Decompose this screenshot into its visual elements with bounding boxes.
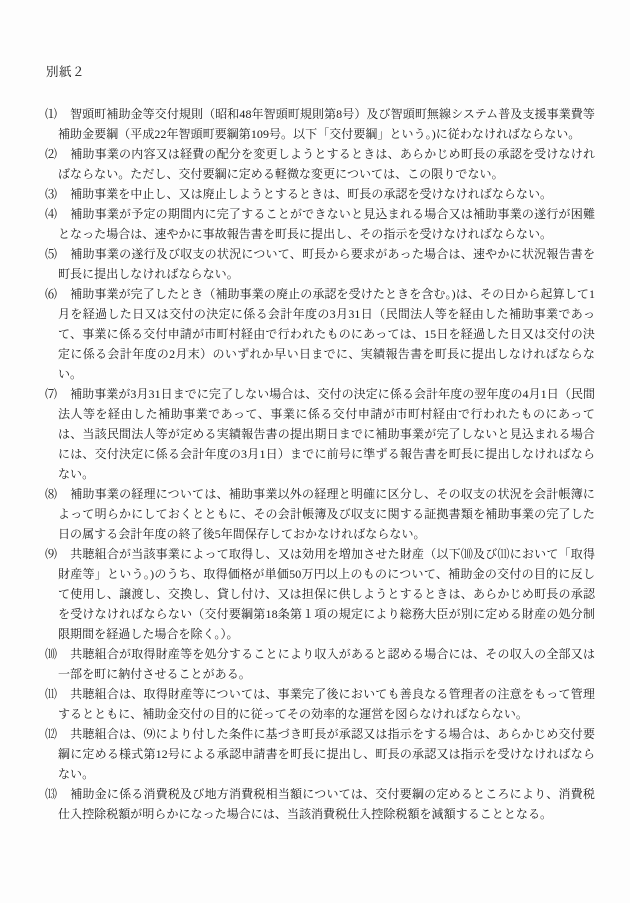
clause-text: 共聴組合が当該事業によって取得し、又は効用を増加させた財産（以下⑽及び⑾において… [58,547,595,641]
clause-text: 補助事業の内容又は経費の配分を変更しようとするときは、あらかじめ町長の承認を受け… [58,147,595,181]
clause-number: ⑹ [45,287,57,301]
clause-text: 共聴組合は、⑼により付した条件に基づき町長が承認又は指示をする場合は、あらかじめ… [58,727,595,781]
clause-item: ⑴智頭町補助金等交付規則（昭和48年智頭町規則第8号）及び智頭町無線システム普及… [45,104,595,144]
clause-number: ⑺ [45,387,57,401]
clause-item: ⑷補助事業が予定の期間内に完了することができないと見込まれる場合又は補助事業の遂… [45,204,595,244]
clause-text: 補助事業の経理については、補助事業以外の経理と明確に区分し、その収支の状況を会計… [58,487,595,541]
clause-number: ⑿ [45,727,57,741]
clause-number: ⑼ [45,547,57,561]
clause-number: ⑾ [45,687,57,701]
clause-number: ⑻ [45,487,57,501]
clause-text: 補助事業が3月31日までに完了しない場合は、交付の決定に係る会計年度の翌年度の4… [58,387,595,481]
clause-text: 共聴組合は、取得財産等については、事業完了後においても善良なる管理者の注意をもっ… [58,687,595,721]
clause-item: ⑶補助事業を中止し、又は廃止しようとするときは、町長の承認を受けなければならない… [45,184,595,204]
clause-item: ⑹補助事業が完了したとき（補助事業の廃止の承認を受けたときを含む。)は、その日か… [45,284,595,384]
clause-number: ⑵ [45,147,57,161]
clause-text: 補助金に係る消費税及び地方消費税相当額については、交付要綱の定めるところにより、… [58,787,595,821]
clause-item: ⑾共聴組合は、取得財産等については、事業完了後においても善良なる管理者の注意をも… [45,684,595,724]
attachment-label: 別紙２ [46,62,595,82]
clause-number: ⑶ [45,187,57,201]
clause-text: 智頭町補助金等交付規則（昭和48年智頭町規則第8号）及び智頭町無線システム普及支… [58,107,595,141]
clause-list: ⑴智頭町補助金等交付規則（昭和48年智頭町規則第8号）及び智頭町無線システム普及… [45,104,595,824]
clause-item: ⑼共聴組合が当該事業によって取得し、又は効用を増加させた財産（以下⑽及び⑾におい… [45,544,595,644]
clause-number: ⑷ [45,207,57,221]
clause-item: ⑽共聴組合が取得財産等を処分することにより収入があると認める場合には、その収入の… [45,644,595,684]
clause-item: ⑺補助事業が3月31日までに完了しない場合は、交付の決定に係る会計年度の翌年度の… [45,384,595,484]
clause-number: ⒀ [45,787,57,801]
clause-text: 共聴組合が取得財産等を処分することにより収入があると認める場合には、その収入の全… [58,647,595,681]
clause-item: ⑵補助事業の内容又は経費の配分を変更しようとするときは、あらかじめ町長の承認を受… [45,144,595,184]
clause-number: ⑸ [45,247,57,261]
clause-item: ⒀補助金に係る消費税及び地方消費税相当額については、交付要綱の定めるところにより… [45,784,595,824]
clause-text: 補助事業が予定の期間内に完了することができないと見込まれる場合又は補助事業の遂行… [58,207,595,241]
clause-item: ⑻補助事業の経理については、補助事業以外の経理と明確に区分し、その収支の状況を会… [45,484,595,544]
clause-text: 補助事業が完了したとき（補助事業の廃止の承認を受けたときを含む。)は、その日から… [58,287,595,381]
clause-item: ⑿共聴組合は、⑼により付した条件に基づき町長が承認又は指示をする場合は、あらかじ… [45,724,595,784]
clause-text: 補助事業の遂行及び収支の状況について、町長から要求があった場合は、速やかに状況報… [58,247,595,281]
document-page: 別紙２ ⑴智頭町補助金等交付規則（昭和48年智頭町規則第8号）及び智頭町無線シス… [0,0,630,903]
clause-item: ⑸補助事業の遂行及び収支の状況について、町長から要求があった場合は、速やかに状況… [45,244,595,284]
clause-number: ⑽ [45,647,57,661]
clause-number: ⑴ [45,107,57,121]
clause-text: 補助事業を中止し、又は廃止しようとするときは、町長の承認を受けなければならない。 [70,187,552,201]
